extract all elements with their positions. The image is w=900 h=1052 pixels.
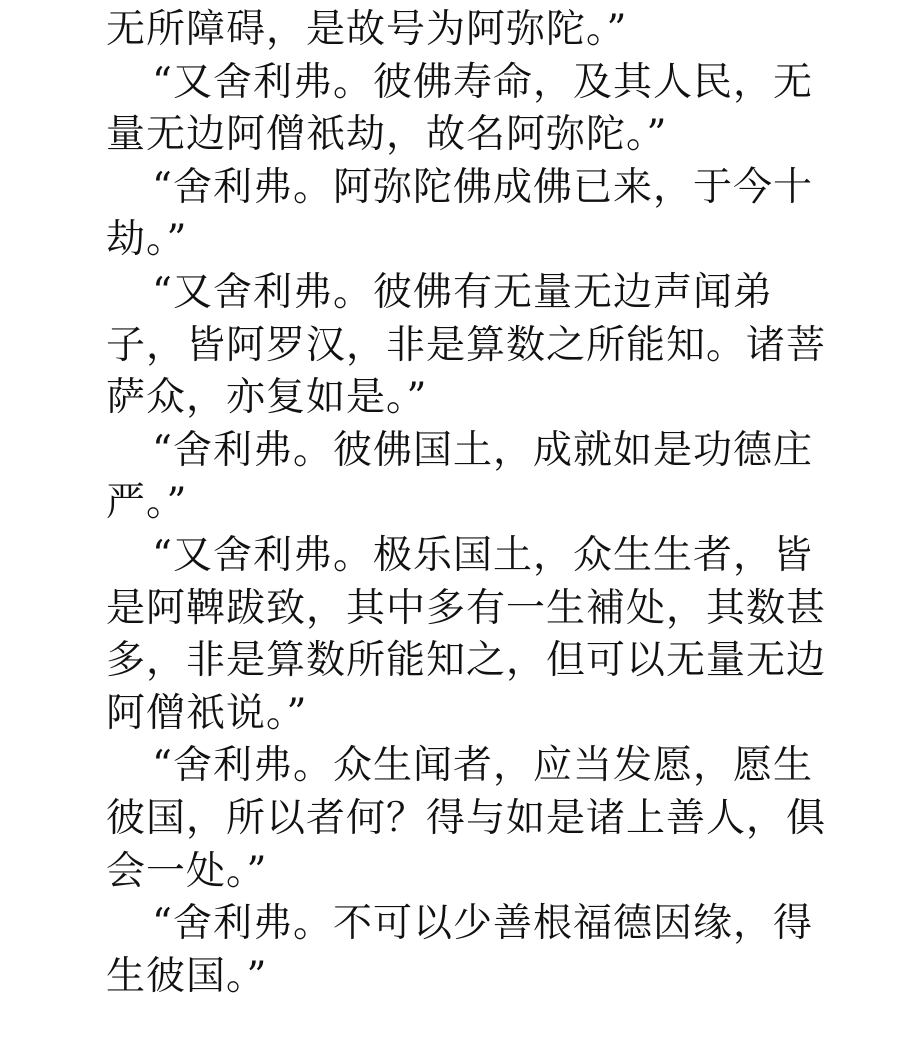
text-line: 子，皆阿罗汉，非是算数之所能知。诸菩 <box>106 320 826 373</box>
text-line: 多，非是算数所能知之，但可以无量无边 <box>106 635 826 688</box>
text-line: 会一处。” <box>106 846 826 899</box>
text-line: 劫。” <box>106 214 826 267</box>
text-line: 严。” <box>106 477 826 530</box>
text-line: “舍利弗。彼佛国土，成就如是功德庄 <box>106 425 826 478</box>
text-line: 萨众，亦复如是。” <box>106 372 826 425</box>
text-line: “舍利弗。不可以少善根福德因缘，得 <box>106 898 826 951</box>
text-line: “又舍利弗。极乐国土，众生生者，皆 <box>106 530 826 583</box>
text-line: 无所障碍，是故号为阿弥陀。” <box>106 4 826 57</box>
text-line: 是阿鞞跋致，其中多有一生補处，其数甚 <box>106 583 826 636</box>
text-line: “舍利弗。阿弥陀佛成佛已来，于今十 <box>106 162 826 215</box>
text-line: 量无边阿僧祇劫，故名阿弥陀。” <box>106 109 826 162</box>
text-line: “舍利弗。众生闻者，应当发愿，愿生 <box>106 740 826 793</box>
text-line: “又舍利弗。彼佛寿命，及其人民，无 <box>106 57 826 110</box>
text-line: 彼国，所以者何？得与如是诸上善人，俱 <box>106 793 826 846</box>
text-line: “又舍利弗。彼佛有无量无边声闻弟 <box>106 267 826 320</box>
text-line: 阿僧祇说。” <box>106 688 826 741</box>
document-page: 无所障碍，是故号为阿弥陀。” “又舍利弗。彼佛寿命，及其人民，无 量无边阿僧祇劫… <box>106 4 826 1003</box>
text-line: 生彼国。” <box>106 951 826 1004</box>
